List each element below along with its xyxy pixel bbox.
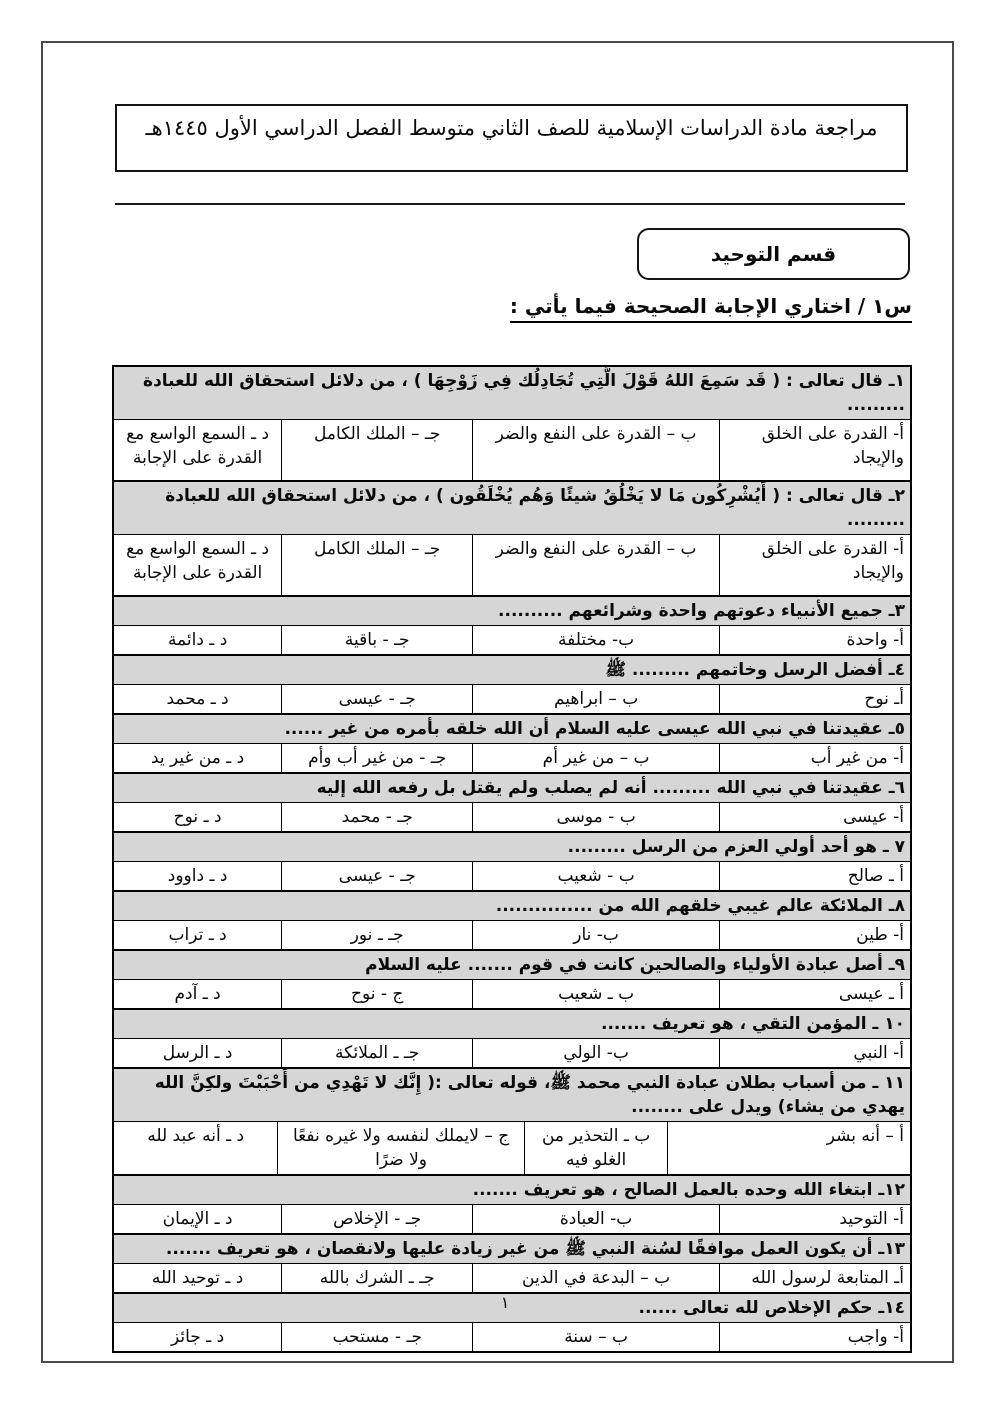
question-options-row: أ- واحدةب- مختلفةجـ - باقيةد ـ دائمة — [114, 626, 910, 654]
option-cell-b: ب – القدرة على النفع والضر — [472, 420, 719, 480]
section-title-box: قسم التوحيد — [637, 228, 910, 280]
question-options-row: أ ـ صالحب - شعيبجـ - عيسىد ـ داوود — [114, 862, 910, 890]
question-text: ٩ـ أصل عبادة الأولياء والصالحين كانت في … — [114, 951, 910, 980]
option-cell-a: أ- من غير أب — [719, 744, 910, 772]
question-block: ٣ـ جميع الأنبياء دعوتهم واحدة وشرائعهم .… — [114, 597, 910, 656]
option-cell-d: د ـ تراب — [114, 921, 281, 949]
question-block: ٩ـ أصل عبادة الأولياء والصالحين كانت في … — [114, 951, 910, 1010]
option-cell-a: أ- القدرة على الخلق والإيجاد — [719, 535, 910, 595]
option-cell-c: جـ - باقية — [281, 626, 472, 654]
option-cell-a: أ- واحدة — [719, 626, 910, 654]
option-cell-b: ب - شعيب — [472, 862, 719, 890]
section-title: قسم التوحيد — [711, 242, 836, 266]
option-cell-d: د ـ دائمة — [114, 626, 281, 654]
page-number: ١ — [0, 1293, 992, 1312]
option-cell-d: د ـ داوود — [114, 862, 281, 890]
option-cell-b: ب- الولي — [472, 1039, 719, 1067]
option-cell-b: ب - موسى — [472, 803, 719, 831]
option-cell-c: جـ ـ الملائكة — [281, 1039, 472, 1067]
question-block: ٢ـ قال تعالى : ( أَيُشْرِكُون مَا لا يَخ… — [114, 482, 910, 597]
option-cell-d: د ـ نوح — [114, 803, 281, 831]
option-cell-c: جـ – الملك الكامل — [281, 420, 472, 480]
option-cell-b: ب ـ شعيب — [472, 980, 719, 1008]
question-block: ١٢ـ ابتغاء الله وحده بالعمل الصالح ، هو … — [114, 1176, 910, 1235]
question-options-row: أ- النبيب- الوليجـ ـ الملائكةد ـ الرسل — [114, 1039, 910, 1067]
question-options-row: أـ نوحب – ابراهيمجـ - عيسىد ـ محمد — [114, 685, 910, 713]
option-cell-d: د ـ الرسل — [114, 1039, 281, 1067]
option-cell-a: أ- طين — [719, 921, 910, 949]
option-cell-a: أ- القدرة على الخلق والإيجاد — [719, 420, 910, 480]
option-cell-b: ب – ابراهيم — [472, 685, 719, 713]
question-block: ١٠ ـ المؤمن التقي ، هو تعريف .......أ- ا… — [114, 1010, 910, 1069]
option-cell-d: د ـ السمع الواسع مع القدرة على الإجابة — [114, 535, 281, 595]
question-block: ٤ـ أفضل الرسل وخاتمهم ......... ﷺأـ نوحب… — [114, 656, 910, 715]
question-text: ٤ـ أفضل الرسل وخاتمهم ......... ﷺ — [114, 656, 910, 685]
question-options-row: أ ـ عيسىب ـ شعيبج - نوحد ـ آدم — [114, 980, 910, 1008]
question-text: ١١ ـ من أسباب بطلان عبادة النبي محمد ﷺ، … — [114, 1069, 910, 1122]
question-block: ١٣ـ أن يكون العمل موافقًا لسُنة النبي ﷺ … — [114, 1235, 910, 1294]
document-title-box: مراجعة مادة الدراسات الإسلامية للصف الثا… — [115, 104, 908, 172]
option-cell-c: جـ - عيسى — [281, 862, 472, 890]
question-text: ٦ـ عقيدتنا في نبي الله ......... أنه لم … — [114, 774, 910, 803]
option-cell-b: ب – القدرة على النفع والضر — [472, 535, 719, 595]
question-options-row: أ – أنه بشرب ـ التحذير من الغلو فيهج – ل… — [114, 1122, 910, 1174]
question-block: ٦ـ عقيدتنا في نبي الله ......... أنه لم … — [114, 774, 910, 833]
question-text: ٣ـ جميع الأنبياء دعوتهم واحدة وشرائعهم .… — [114, 597, 910, 626]
option-cell-c: ج - نوح — [281, 980, 472, 1008]
option-cell-b: ب – من غير أم — [472, 744, 719, 772]
option-cell-c: جـ - من غير أب وأم — [281, 744, 472, 772]
question-block: ١١ ـ من أسباب بطلان عبادة النبي محمد ﷺ، … — [114, 1069, 910, 1176]
option-cell-c: جـ - الإخلاص — [281, 1205, 472, 1233]
question-text: ١٢ـ ابتغاء الله وحده بالعمل الصالح ، هو … — [114, 1176, 910, 1205]
option-cell-c: ج – لايملك لنفسه ولا غيره نفعًا ولا ضرًا — [277, 1122, 524, 1174]
option-cell-b: ب- مختلفة — [472, 626, 719, 654]
question-text: ١٠ ـ المؤمن التقي ، هو تعريف ....... — [114, 1010, 910, 1039]
horizontal-separator — [115, 203, 905, 205]
option-cell-c: جـ - عيسى — [281, 685, 472, 713]
question-options-row: أ- التوحيدب- العبادةجـ - الإخلاصد ـ الإي… — [114, 1205, 910, 1233]
question-options-row: أـ المتابعة لرسول اللهب – البدعة في الدي… — [114, 1264, 910, 1292]
question-block: ٧ ـ هو أحد أولي العزم من الرسل .........… — [114, 833, 910, 892]
option-cell-b: ب – سنة — [472, 1323, 719, 1351]
option-cell-b: ب ـ التحذير من الغلو فيه — [524, 1122, 667, 1174]
question-text: ٨ـ الملائكة عالم غيبي خلقهم الله من ....… — [114, 892, 910, 921]
quiz-table: ١ـ قال تعالى : ( قَد سَمِعَ اللهُ قَوْلَ… — [112, 365, 912, 1353]
option-cell-a: أ- عيسى — [719, 803, 910, 831]
document-title: مراجعة مادة الدراسات الإسلامية للصف الثا… — [117, 106, 906, 141]
option-cell-a: أ ـ صالح — [719, 862, 910, 890]
question-text: ٧ ـ هو أحد أولي العزم من الرسل ......... — [114, 833, 910, 862]
question-options-row: أ- القدرة على الخلق والإيجادب – القدرة ع… — [114, 535, 910, 595]
option-cell-c: جـ - محمد — [281, 803, 472, 831]
document-page: مراجعة مادة الدراسات الإسلامية للصف الثا… — [0, 0, 992, 1403]
option-cell-b: ب- العبادة — [472, 1205, 719, 1233]
option-cell-c: جـ ـ نور — [281, 921, 472, 949]
question-options-row: أ- من غير أبب – من غير أمجـ - من غير أب … — [114, 744, 910, 772]
option-cell-d: د ـ من غير يد — [114, 744, 281, 772]
option-cell-d: د ـ أنه عبد لله — [114, 1122, 277, 1174]
option-cell-d: د ـ السمع الواسع مع القدرة على الإجابة — [114, 420, 281, 480]
option-cell-a: أ- النبي — [719, 1039, 910, 1067]
option-cell-a: أ- التوحيد — [719, 1205, 910, 1233]
question-block: ١ـ قال تعالى : ( قَد سَمِعَ اللهُ قَوْلَ… — [114, 367, 910, 482]
question-block: ٨ـ الملائكة عالم غيبي خلقهم الله من ....… — [114, 892, 910, 951]
question-text: ١٣ـ أن يكون العمل موافقًا لسُنة النبي ﷺ … — [114, 1235, 910, 1264]
option-cell-a: أ- واجب — [719, 1323, 910, 1351]
option-cell-d: د ـ جائز — [114, 1323, 281, 1351]
option-cell-b: ب – البدعة في الدين — [472, 1264, 719, 1292]
question-text: ٢ـ قال تعالى : ( أَيُشْرِكُون مَا لا يَخ… — [114, 482, 910, 535]
question-options-row: أ- واجبب – سنةجـ - مستحبد ـ جائز — [114, 1323, 910, 1351]
option-cell-c: جـ ـ الشرك بالله — [281, 1264, 472, 1292]
question-1-instruction: س١ / اختاري الإجابة الصحيحة فيما يأتي : — [115, 294, 912, 323]
option-cell-d: د ـ الإيمان — [114, 1205, 281, 1233]
option-cell-d: د ـ آدم — [114, 980, 281, 1008]
option-cell-a: أـ المتابعة لرسول الله — [719, 1264, 910, 1292]
question-1-instruction-text: س١ / اختاري الإجابة الصحيحة فيما يأتي : — [510, 294, 912, 323]
option-cell-d: د ـ محمد — [114, 685, 281, 713]
question-text: ٥ـ عقيدتنا في نبي الله عيسى عليه السلام … — [114, 715, 910, 744]
option-cell-b: ب- نار — [472, 921, 719, 949]
question-options-row: أ- القدرة على الخلق والإيجادب – القدرة ع… — [114, 420, 910, 480]
question-options-row: أ- طينب- نارجـ ـ نورد ـ تراب — [114, 921, 910, 949]
option-cell-a: أـ نوح — [719, 685, 910, 713]
option-cell-c: جـ – الملك الكامل — [281, 535, 472, 595]
question-block: ٥ـ عقيدتنا في نبي الله عيسى عليه السلام … — [114, 715, 910, 774]
option-cell-a: أ ـ عيسى — [719, 980, 910, 1008]
option-cell-c: جـ - مستحب — [281, 1323, 472, 1351]
option-cell-a: أ – أنه بشر — [667, 1122, 910, 1174]
question-options-row: أ- عيسىب - موسىجـ - محمدد ـ نوح — [114, 803, 910, 831]
option-cell-d: د ـ توحيد الله — [114, 1264, 281, 1292]
question-text: ١ـ قال تعالى : ( قَد سَمِعَ اللهُ قَوْلَ… — [114, 367, 910, 420]
